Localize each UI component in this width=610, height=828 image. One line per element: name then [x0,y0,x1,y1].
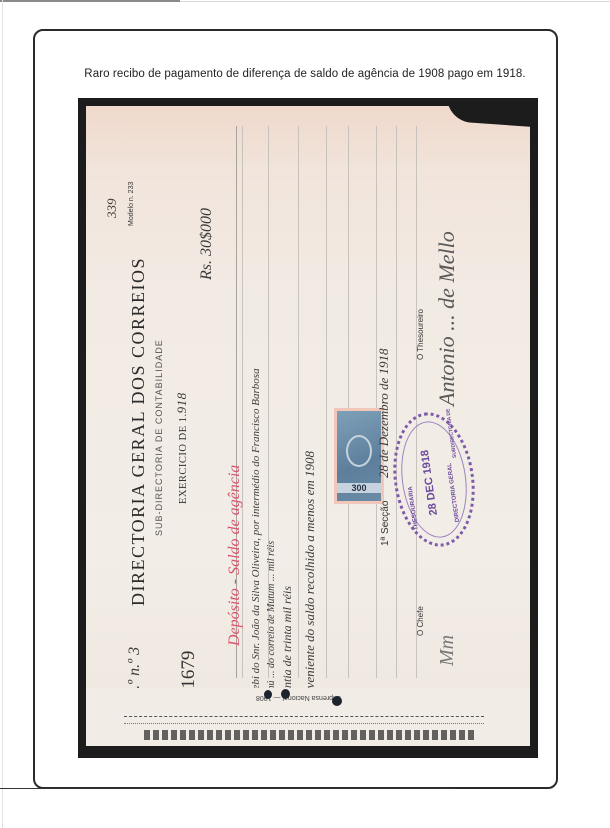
album-frame-bottom-rule [0,788,455,789]
modelo-number: Modelo n. 233 [128,182,135,226]
rule-line [416,126,417,678]
body-line-2: Bachú ... do correio de Mutum ... mil ré… [266,541,277,706]
body-line-4: proveniente do saldo recolhido a menos e… [302,451,318,706]
document-bottom-margin: Imprensa Nacional — 1908 [86,688,530,746]
rule-line [298,126,299,678]
chefe-signature: Mm [436,635,459,666]
rule-line [348,126,349,678]
body-line-1: Recebi do Snr. João da Silva Oliveira, p… [250,368,262,706]
chefe-label: O Chefe [416,606,425,636]
exercicio-label: EXERCICIO DE 1.918 [174,392,190,504]
page-caption: Raro recibo de pagamento de diferença de… [0,68,610,80]
scan-edge-top-light [180,1,610,2]
receipt-document: DIRECTORIA GERAL DOS CORREIOS SUB-DIRECT… [86,106,530,746]
date-handwritten: 28 de Dezembro de 1918 [376,349,392,479]
modelo-handwritten: 339 [104,199,120,219]
ink-blot [264,690,272,699]
treasurer-signature: Antonio ... de Mello [434,231,460,406]
rule-line [396,126,397,678]
treasury-cancel-stamp: THESOURARIA 28 DEC 1918 DIRECTORIA GERAL… [385,407,483,552]
stamp-medallion-icon [346,435,372,467]
rule-line [326,126,327,678]
ornamental-border [124,716,484,724]
stamp-value: 300 [337,483,381,493]
document-title: DIRECTORIA GERAL DOS CORREIOS [128,257,149,606]
amount: Rs. 30$000 [198,208,216,280]
deposit-title: Depósito - Saldo de agência [226,465,244,646]
scan-edge-left [2,0,3,828]
underlying-document-text [144,730,474,740]
scan-edge-top [0,0,180,2]
treasurer-label: O Thesoureiro [416,309,425,360]
document-subtitle: SUB-DIRECTORIA DE CONTABILIDADE [154,339,164,536]
ink-blot [281,689,290,699]
section-label: 1ª Secção [380,501,391,546]
torn-corner [445,106,530,127]
ink-blot [332,696,342,706]
